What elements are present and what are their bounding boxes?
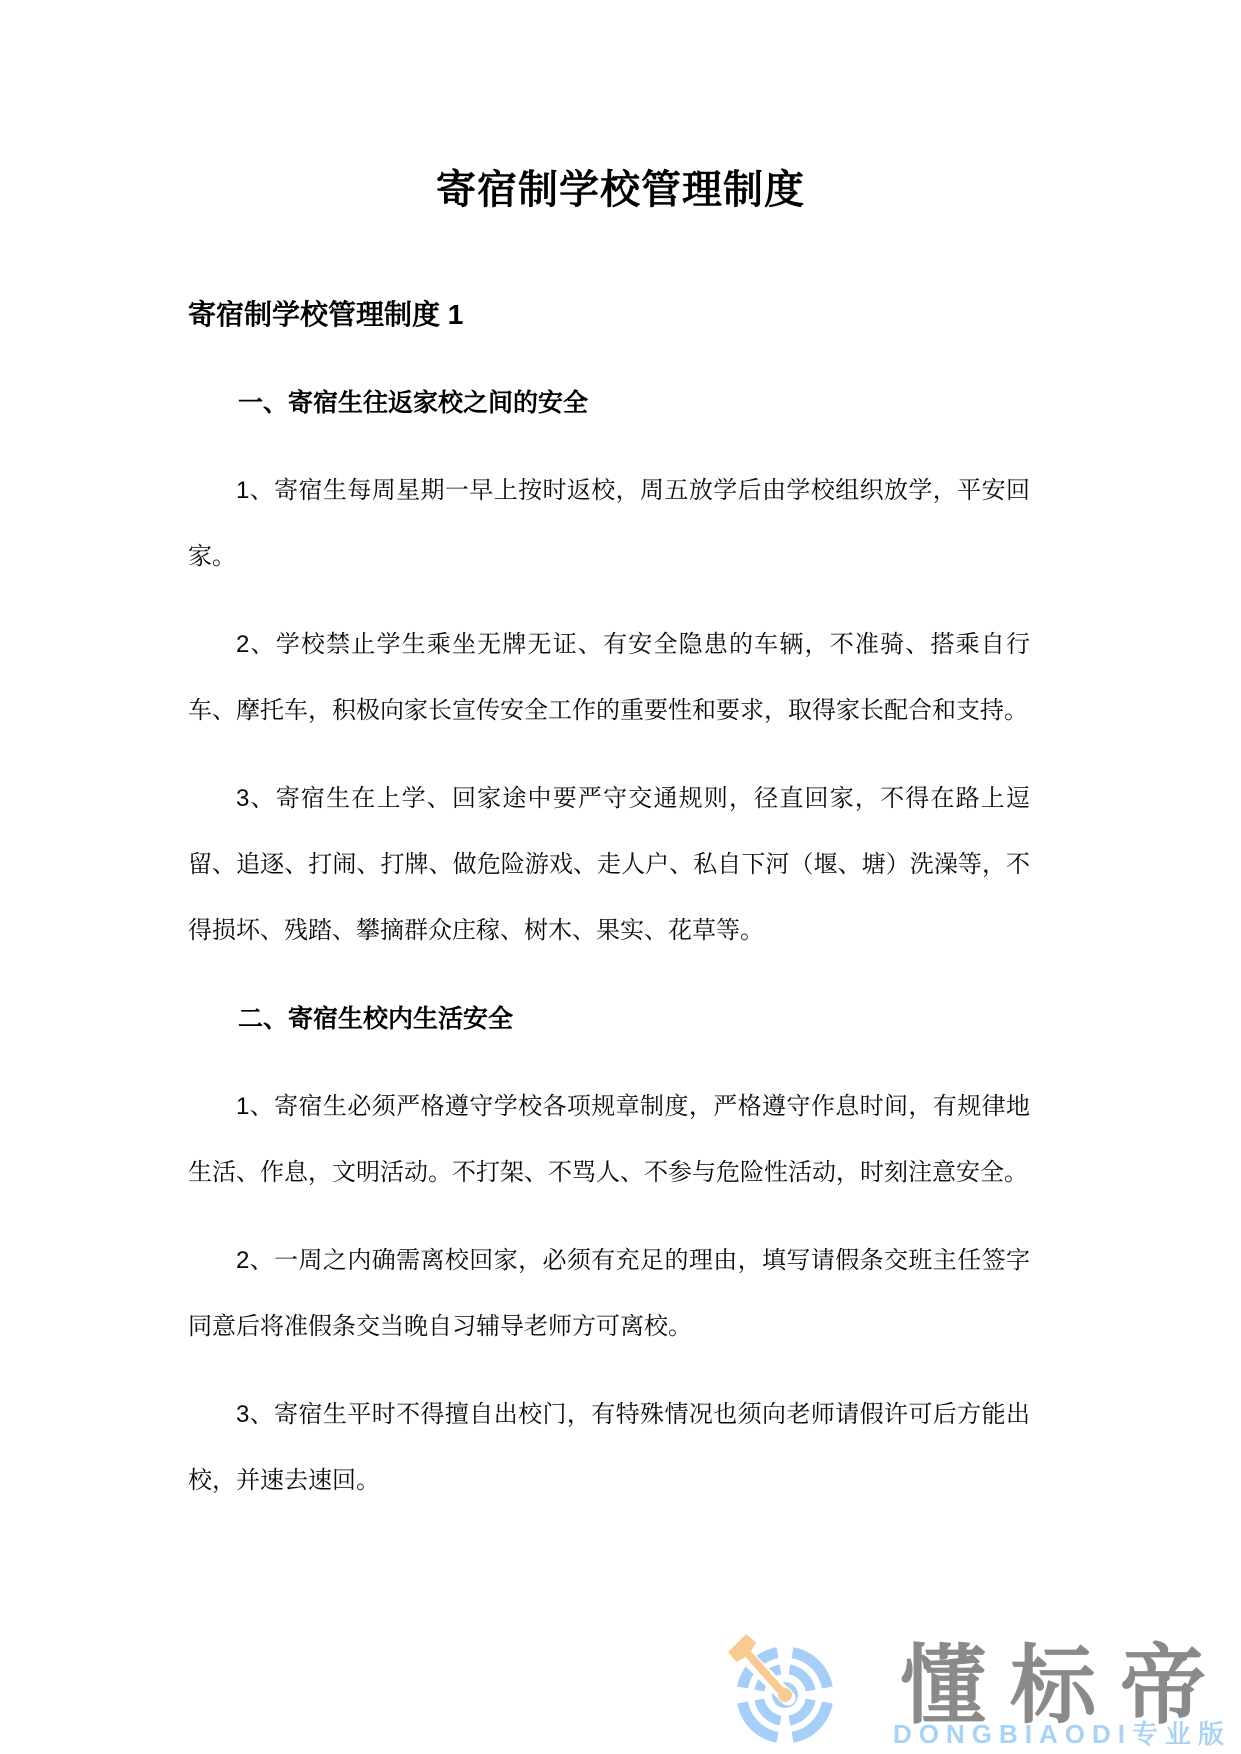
section-1: 一、寄宿生往返家校之间的安全 1、寄宿生每周星期一早上按时返校，周五放学后由学校… bbox=[188, 370, 1030, 964]
dart-fletching bbox=[726, 1632, 758, 1664]
dart-shaft-outline bbox=[742, 1652, 788, 1698]
paragraph: 3、寄宿生平时不得擅自出校门，有特殊情况也须向老师请假许可后方能出校，并速去速回… bbox=[188, 1382, 1030, 1514]
document-subtitle: 寄宿制学校管理制度 1 bbox=[188, 282, 1030, 348]
target-inner-gap bbox=[777, 1687, 793, 1703]
document-body: 寄宿制学校管理制度 1 一、寄宿生往返家校之间的安全 1、寄宿生每周星期一早上按… bbox=[188, 282, 1030, 1514]
dongbiaodi-target-dart-icon bbox=[722, 1628, 842, 1754]
dart-tip-ball bbox=[778, 1688, 792, 1702]
paragraph: 1、寄宿生必须严格遵守学校各项规章制度，严格遵守作息时间，有规律地生活、作息，文… bbox=[188, 1074, 1030, 1206]
watermark-tagline: DONGBIAODI专业版 bbox=[893, 1720, 1231, 1748]
document-title: 寄宿制学校管理制度 bbox=[0, 165, 1241, 215]
target-outer-ring bbox=[743, 1653, 828, 1738]
target-middle-ring bbox=[759, 1669, 810, 1720]
paragraph: 2、学校禁止学生乘坐无牌无证、有安全隐患的车辆，不准骑、搭乘自行车、摩托车，积极… bbox=[188, 612, 1030, 744]
paragraph: 2、一周之内确需离校回家，必须有充足的理由，填写请假条交班主任签字同意后将准假条… bbox=[188, 1228, 1030, 1360]
watermark-brand-text: 懂标帝 bbox=[900, 1645, 1230, 1727]
section-1-heading: 一、寄宿生往返家校之间的安全 bbox=[188, 370, 1030, 436]
document-page: 寄宿制学校管理制度 寄宿制学校管理制度 1 一、寄宿生往返家校之间的安全 1、寄… bbox=[0, 0, 1241, 1754]
paragraph: 3、寄宿生在上学、回家途中要严守交通规则，径直回家，不得在路上逗留、追逐、打闹、… bbox=[188, 766, 1030, 964]
target-inner-disc bbox=[772, 1682, 798, 1708]
paragraph: 1、寄宿生每周星期一早上按时返校，周五放学后由学校组织放学，平安回家。 bbox=[188, 458, 1030, 590]
dart-shaft bbox=[748, 1654, 782, 1692]
section-2: 二、寄宿生校内生活安全 1、寄宿生必须严格遵守学校各项规章制度，严格遵守作息时间… bbox=[188, 986, 1030, 1514]
section-2-heading: 二、寄宿生校内生活安全 bbox=[188, 986, 1030, 1052]
